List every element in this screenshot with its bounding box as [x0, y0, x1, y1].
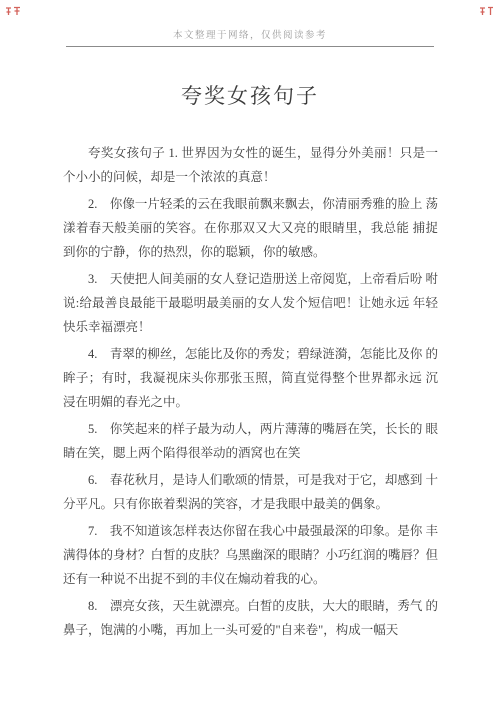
header-notice: 本文整理于网络，仅供阅读参考	[0, 0, 500, 41]
paragraph-1: 夸奖女孩句子 1. 世界因为女性的诞生，显得分外美丽！只是一个小小的问候，却是一…	[63, 141, 438, 189]
paragraph-3: 3. 天使把人间美丽的女人登记造册送上帝阅览，上帝看后吩 咐说:给最善良最能干最…	[63, 267, 438, 339]
red-corner-mark-icon	[478, 3, 494, 13]
document-body: 夸奖女孩句子 1. 世界因为女性的诞生，显得分外美丽！只是一个小小的问候，却是一…	[63, 141, 438, 642]
paragraph-4: 4. 青翠的柳丝，怎能比及你的秀发；碧绿涟漪，怎能比及你 的眸子；有时，我凝视床…	[63, 342, 438, 414]
paragraph-7: 7. 我不知道该怎样表达你留在我心中最强最深的印象。是你 丰满得体的身材？白皙的…	[63, 519, 438, 591]
header-divider	[66, 46, 434, 47]
red-corner-mark-icon	[5, 3, 21, 13]
document-page: 本文整理于网络，仅供阅读参考 夸奖女孩句子 夸奖女孩句子 1. 世界因为女性的诞…	[0, 0, 500, 708]
paragraph-6: 6. 春花秋月，是诗人们歌颂的情景，可是我对于它，却感到 十分平凡。只有你嵌着梨…	[63, 468, 438, 516]
paragraph-5: 5. 你笑起来的样子最为动人，两片薄薄的嘴唇在笑，长长的 眼睛在笑，腮上两个陷得…	[63, 417, 438, 465]
page-title: 夸奖女孩句子	[0, 80, 500, 110]
paragraph-8: 8. 漂亮女孩，天生就漂亮。白皙的皮肤，大大的眼睛，秀气 的鼻子，饱满的小嘴，再…	[63, 594, 438, 642]
paragraph-2: 2. 你像一片轻柔的云在我眼前飘来飘去，你清丽秀雅的脸上 荡漾着春天般美丽的笑容…	[63, 192, 438, 264]
